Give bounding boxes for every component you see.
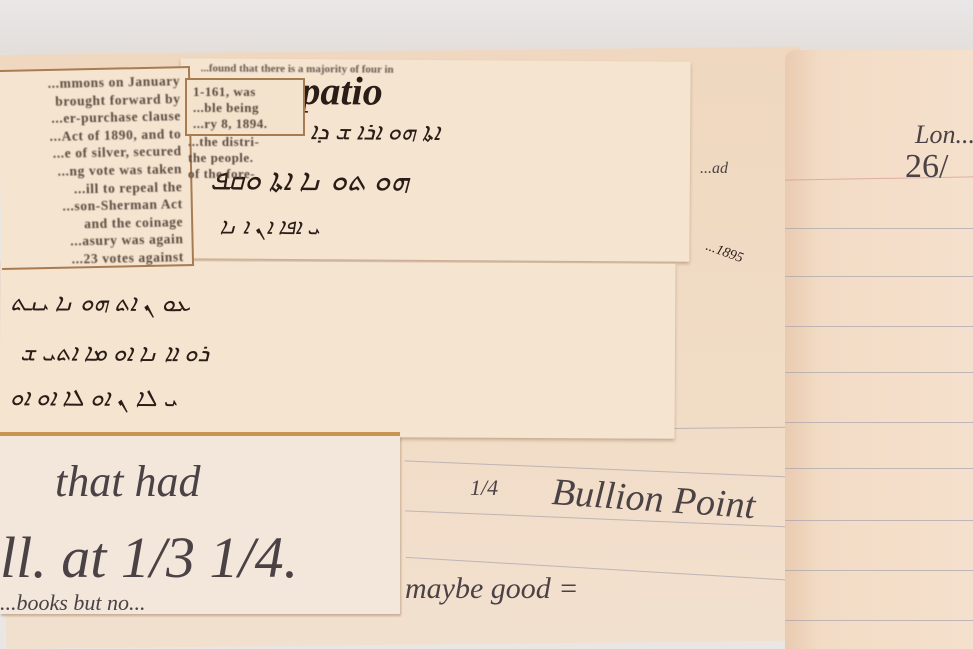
ruled-line bbox=[785, 422, 973, 423]
news-line: ...23 votes against bbox=[2, 248, 184, 269]
news-line: ...ry 8, 1894. bbox=[193, 116, 303, 132]
right-page-heading: Lon... bbox=[915, 120, 973, 150]
shorthand-line: ܐܬܐ ܗܘ ܐܪܐ ܫ ܕܐ bbox=[310, 119, 440, 147]
manuscript-strip-middle: ܥܘ ܢ ܐܬ ܗܘ ܢܐ ܝܢܬ ܪܘ ܐܐ ܢܐ ܐܘ ܡܐ ܐܬܝ ܫ ܝ… bbox=[0, 260, 675, 439]
ruled-line bbox=[785, 276, 973, 277]
newspaper-clipping-right: ...the distri- the people. of the fore- bbox=[188, 134, 288, 184]
shorthand-line: ܪܘ ܐܐ ܢܐ ܐܘ ܡܐ ܐܬܝ ܫ bbox=[20, 340, 209, 368]
shorthand-line: ܝ ܠܐ ܢ ܐܘ ܠܐ ܐܘ ܐܘ bbox=[10, 385, 178, 413]
news-line: 1-161, was bbox=[193, 84, 303, 100]
news-line: ...ble being bbox=[193, 100, 303, 116]
shorthand-line: ܝ ܐܦܐ ܐܢ ܐ ܢܐ bbox=[219, 213, 319, 240]
ruled-line bbox=[785, 326, 973, 327]
newspaper-clipping-boxed: 1-161, was ...ble being ...ry 8, 1894. bbox=[185, 78, 305, 136]
fraction-note: 1/4 bbox=[470, 475, 498, 501]
news-line: of the fore- bbox=[188, 166, 288, 182]
ruled-line bbox=[785, 228, 973, 229]
news-line: the people. bbox=[188, 150, 288, 166]
ruled-line bbox=[785, 620, 973, 621]
shorthand-line: ܥܘ ܢ ܐܬ ܗܘ ܢܐ ܝܢܬ bbox=[10, 290, 190, 318]
pencil-line-amount: ll. at 1/3 1/4. bbox=[0, 524, 298, 591]
right-page-number: 26/ bbox=[905, 148, 948, 186]
newspaper-clipping-left: ...mmons on January brought forward by .… bbox=[0, 66, 194, 270]
handwritten-word-patio: patio bbox=[300, 67, 383, 115]
news-line: ...the distri- bbox=[188, 134, 288, 150]
ruled-line bbox=[785, 372, 973, 373]
pencil-line-that-had: that had bbox=[55, 456, 200, 507]
margin-note: ...ad bbox=[700, 160, 728, 178]
ruled-line bbox=[785, 520, 973, 521]
pencil-line-books: ...books but no... bbox=[0, 590, 145, 616]
pencil-clipping: that had ll. at 1/3 1/4. bbox=[0, 436, 400, 614]
ruled-line bbox=[785, 570, 973, 571]
maybe-good-note: maybe good = bbox=[405, 572, 579, 606]
ruled-line bbox=[785, 468, 973, 469]
notebook-right-page: Lon... 26/ bbox=[785, 50, 973, 649]
